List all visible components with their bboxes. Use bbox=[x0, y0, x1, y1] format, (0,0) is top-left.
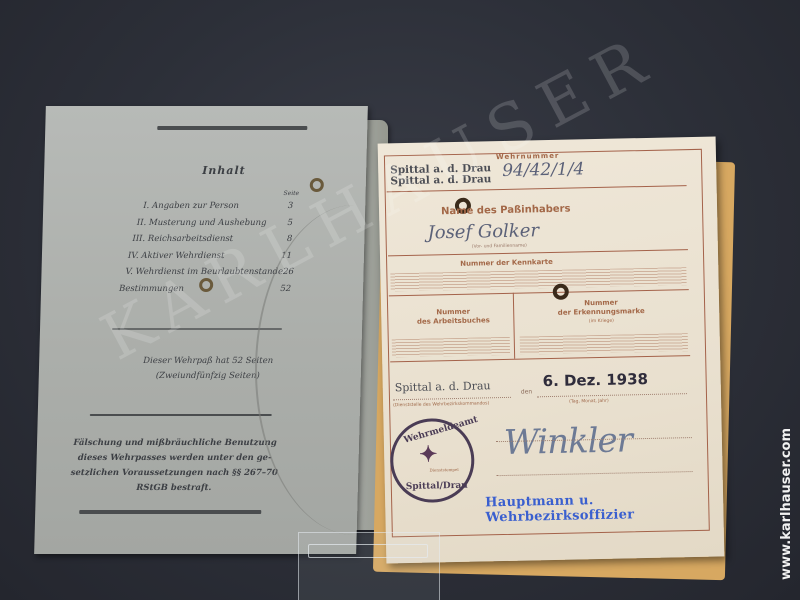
place-value: Spittal a. d. Drau bbox=[395, 379, 491, 394]
name-value: Josef Golker bbox=[427, 220, 539, 243]
erkennungsmarke-label: Nummer der Erkennungsmarke (im Kriege) bbox=[521, 297, 682, 327]
bottom-divider-bar bbox=[79, 510, 261, 514]
signature: Winkler bbox=[504, 420, 633, 463]
top-divider-bar bbox=[157, 126, 307, 130]
acrylic-stand-slot bbox=[308, 544, 428, 558]
legal-warning: Fälschung und mißbräuchliche Benutzung d… bbox=[68, 436, 282, 496]
write-lines bbox=[392, 337, 510, 357]
toc-item: I. Angaben zur Person3 bbox=[143, 198, 293, 215]
official-stamp: Wehrmeldeamt ✦ Dienststempel Spittal/Dra… bbox=[389, 418, 475, 504]
date-sublabel: (Tag, Monat, Jahr) bbox=[569, 399, 609, 405]
den-label: den bbox=[521, 388, 532, 395]
arbeitsbuch-label: Nummer des Arbeitsbuches bbox=[393, 307, 513, 328]
divider-line bbox=[90, 414, 272, 416]
contents-title: Inhalt bbox=[202, 164, 246, 177]
site-credit: www.karlhauser.com bbox=[779, 428, 794, 580]
date-value: 6. Dez. 1938 bbox=[542, 370, 648, 390]
write-lines bbox=[520, 333, 688, 355]
acrylic-stand bbox=[298, 532, 440, 600]
eagle-emblem-icon: ✦ bbox=[419, 441, 438, 467]
officer-title-stamp: Hauptmann u. Wehrbezirksoffizier bbox=[485, 490, 724, 525]
page-column-label: Seite bbox=[283, 190, 299, 197]
